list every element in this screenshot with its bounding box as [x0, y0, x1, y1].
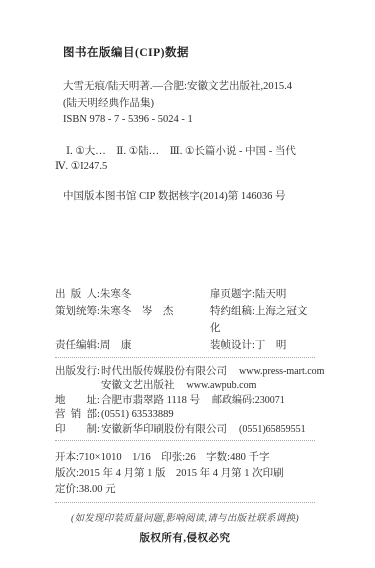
credit-value: 周 康: [100, 340, 132, 351]
isbn-line: ISBN 978 - 7 - 5396 - 5024 - 1: [63, 112, 315, 129]
pub-value: 时代出版传媒股份有限公司: [101, 365, 227, 380]
credit-design: 装帧设计:丁 明: [210, 337, 286, 354]
pub-label: 营 销 部:: [55, 408, 101, 423]
divider-dotted-1: [55, 357, 315, 358]
price-line: 定价:38.00 元: [55, 482, 315, 498]
credit-titlepage-calligraphy: 扉页题字:陆天明: [210, 286, 286, 303]
copyright-statement: 版权所有,侵权必究: [55, 532, 315, 545]
divider-dotted-2: [55, 440, 315, 441]
credit-label: 责任编辑:: [55, 340, 100, 351]
edition-line: 版次:2015 年 4 月第 1 版 2015 年 4 月第 1 次印刷: [55, 466, 315, 482]
printer-phone: (0551)65859551: [239, 423, 306, 438]
pub-label: 印 制:: [55, 423, 101, 438]
marketing-row: 营 销 部:(0551) 63533889: [55, 408, 315, 423]
pub-value: 安徽文艺出版社: [101, 379, 175, 394]
credit-publisher: 出 版 人:朱寒冬: [55, 286, 210, 303]
credits-row: 策划统筹:朱寒冬 岑 杰 特约组稿:上海之冠文化: [55, 303, 315, 337]
publisher-row: 出版发行:时代出版传媒股份有限公司www.press-mart.com: [55, 365, 315, 380]
credits-block: 出 版 人:朱寒冬 扉页题字:陆天明 策划统筹:朱寒冬 岑 杰 特约组稿:上海之…: [55, 286, 315, 354]
series-line: (陆天明经典作品集): [63, 96, 315, 113]
divider-dotted-3: [55, 502, 315, 503]
postal-code: 邮政编码:230071: [212, 394, 285, 409]
publisher-website: www.press-mart.com: [239, 365, 324, 380]
credit-label: 策划统筹:: [55, 306, 100, 317]
credit-value: 丁 明: [255, 340, 287, 351]
pub-label: 地 址:: [55, 394, 101, 409]
credit-value: 陆天明: [255, 289, 287, 300]
cip-header: 图书在版编目(CIP)数据: [63, 47, 315, 60]
publisher-website: www.awpub.com: [187, 379, 257, 394]
format-line: 开本:710×1010 1/16 印张:26 字数:480 千字: [55, 450, 315, 466]
credits-row: 责任编辑:周 康 装帧设计:丁 明: [55, 337, 315, 354]
cip-record-number: 中国版本图书馆 CIP 数据核字(2014)第 146036 号: [63, 190, 315, 204]
quality-notice: (如发现印装质量问题,影响阅读,请与出版社联系调换): [55, 513, 315, 525]
credit-label: 扉页题字:: [210, 289, 255, 300]
publishing-block: 出版发行:时代出版传媒股份有限公司www.press-mart.com 安徽文艺…: [55, 365, 315, 438]
pub-value: 安徽新华印刷股份有限公司: [101, 423, 227, 438]
credit-value: 朱寒冬: [100, 289, 132, 300]
publisher-row: 安徽文艺出版社www.awpub.com: [55, 379, 315, 394]
credit-label: 特约组稿:: [210, 306, 255, 317]
pub-value: 合肥市翡翠路 1118 号: [101, 394, 200, 409]
credit-editor: 责任编辑:周 康: [55, 337, 210, 354]
book-copyright-page: 图书在版编目(CIP)数据 大雪无痕/陆天明著.—合肥:安徽文艺出版社,2015…: [0, 0, 375, 568]
credit-value: 朱寒冬 岑 杰: [100, 306, 174, 317]
credit-label: 装帧设计:: [210, 340, 255, 351]
credit-planning: 策划统筹:朱寒冬 岑 杰: [55, 303, 210, 337]
cip-citation-block: 大雪无痕/陆天明著.—合肥:安徽文艺出版社,2015.4 (陆天明经典作品集) …: [63, 79, 315, 129]
credit-label: 出 版 人:: [55, 289, 100, 300]
classification-line: Ⅳ. ①I247.5: [55, 159, 315, 175]
credit-commissioning: 特约组稿:上海之冠文化: [210, 303, 315, 337]
pub-label: [55, 379, 101, 394]
credits-row: 出 版 人:朱寒冬 扉页题字:陆天明: [55, 286, 315, 303]
printer-row: 印 制:安徽新华印刷股份有限公司(0551)65859551: [55, 423, 315, 438]
classification-line: Ⅰ. ①大… Ⅱ. ①陆… Ⅲ. ①长篇小说 - 中国 - 当代: [66, 144, 315, 160]
pub-value: (0551) 63533889: [101, 408, 174, 423]
pub-label: 出版发行:: [55, 365, 101, 380]
citation-line: 大雪无痕/陆天明著.—合肥:安徽文艺出版社,2015.4: [63, 79, 315, 96]
address-row: 地 址:合肥市翡翠路 1118 号邮政编码:230071: [55, 394, 315, 409]
classification-block: Ⅰ. ①大… Ⅱ. ①陆… Ⅲ. ①长篇小说 - 中国 - 当代 Ⅳ. ①I24…: [55, 144, 315, 175]
printing-spec-block: 开本:710×1010 1/16 印张:26 字数:480 千字 版次:2015…: [55, 450, 315, 498]
